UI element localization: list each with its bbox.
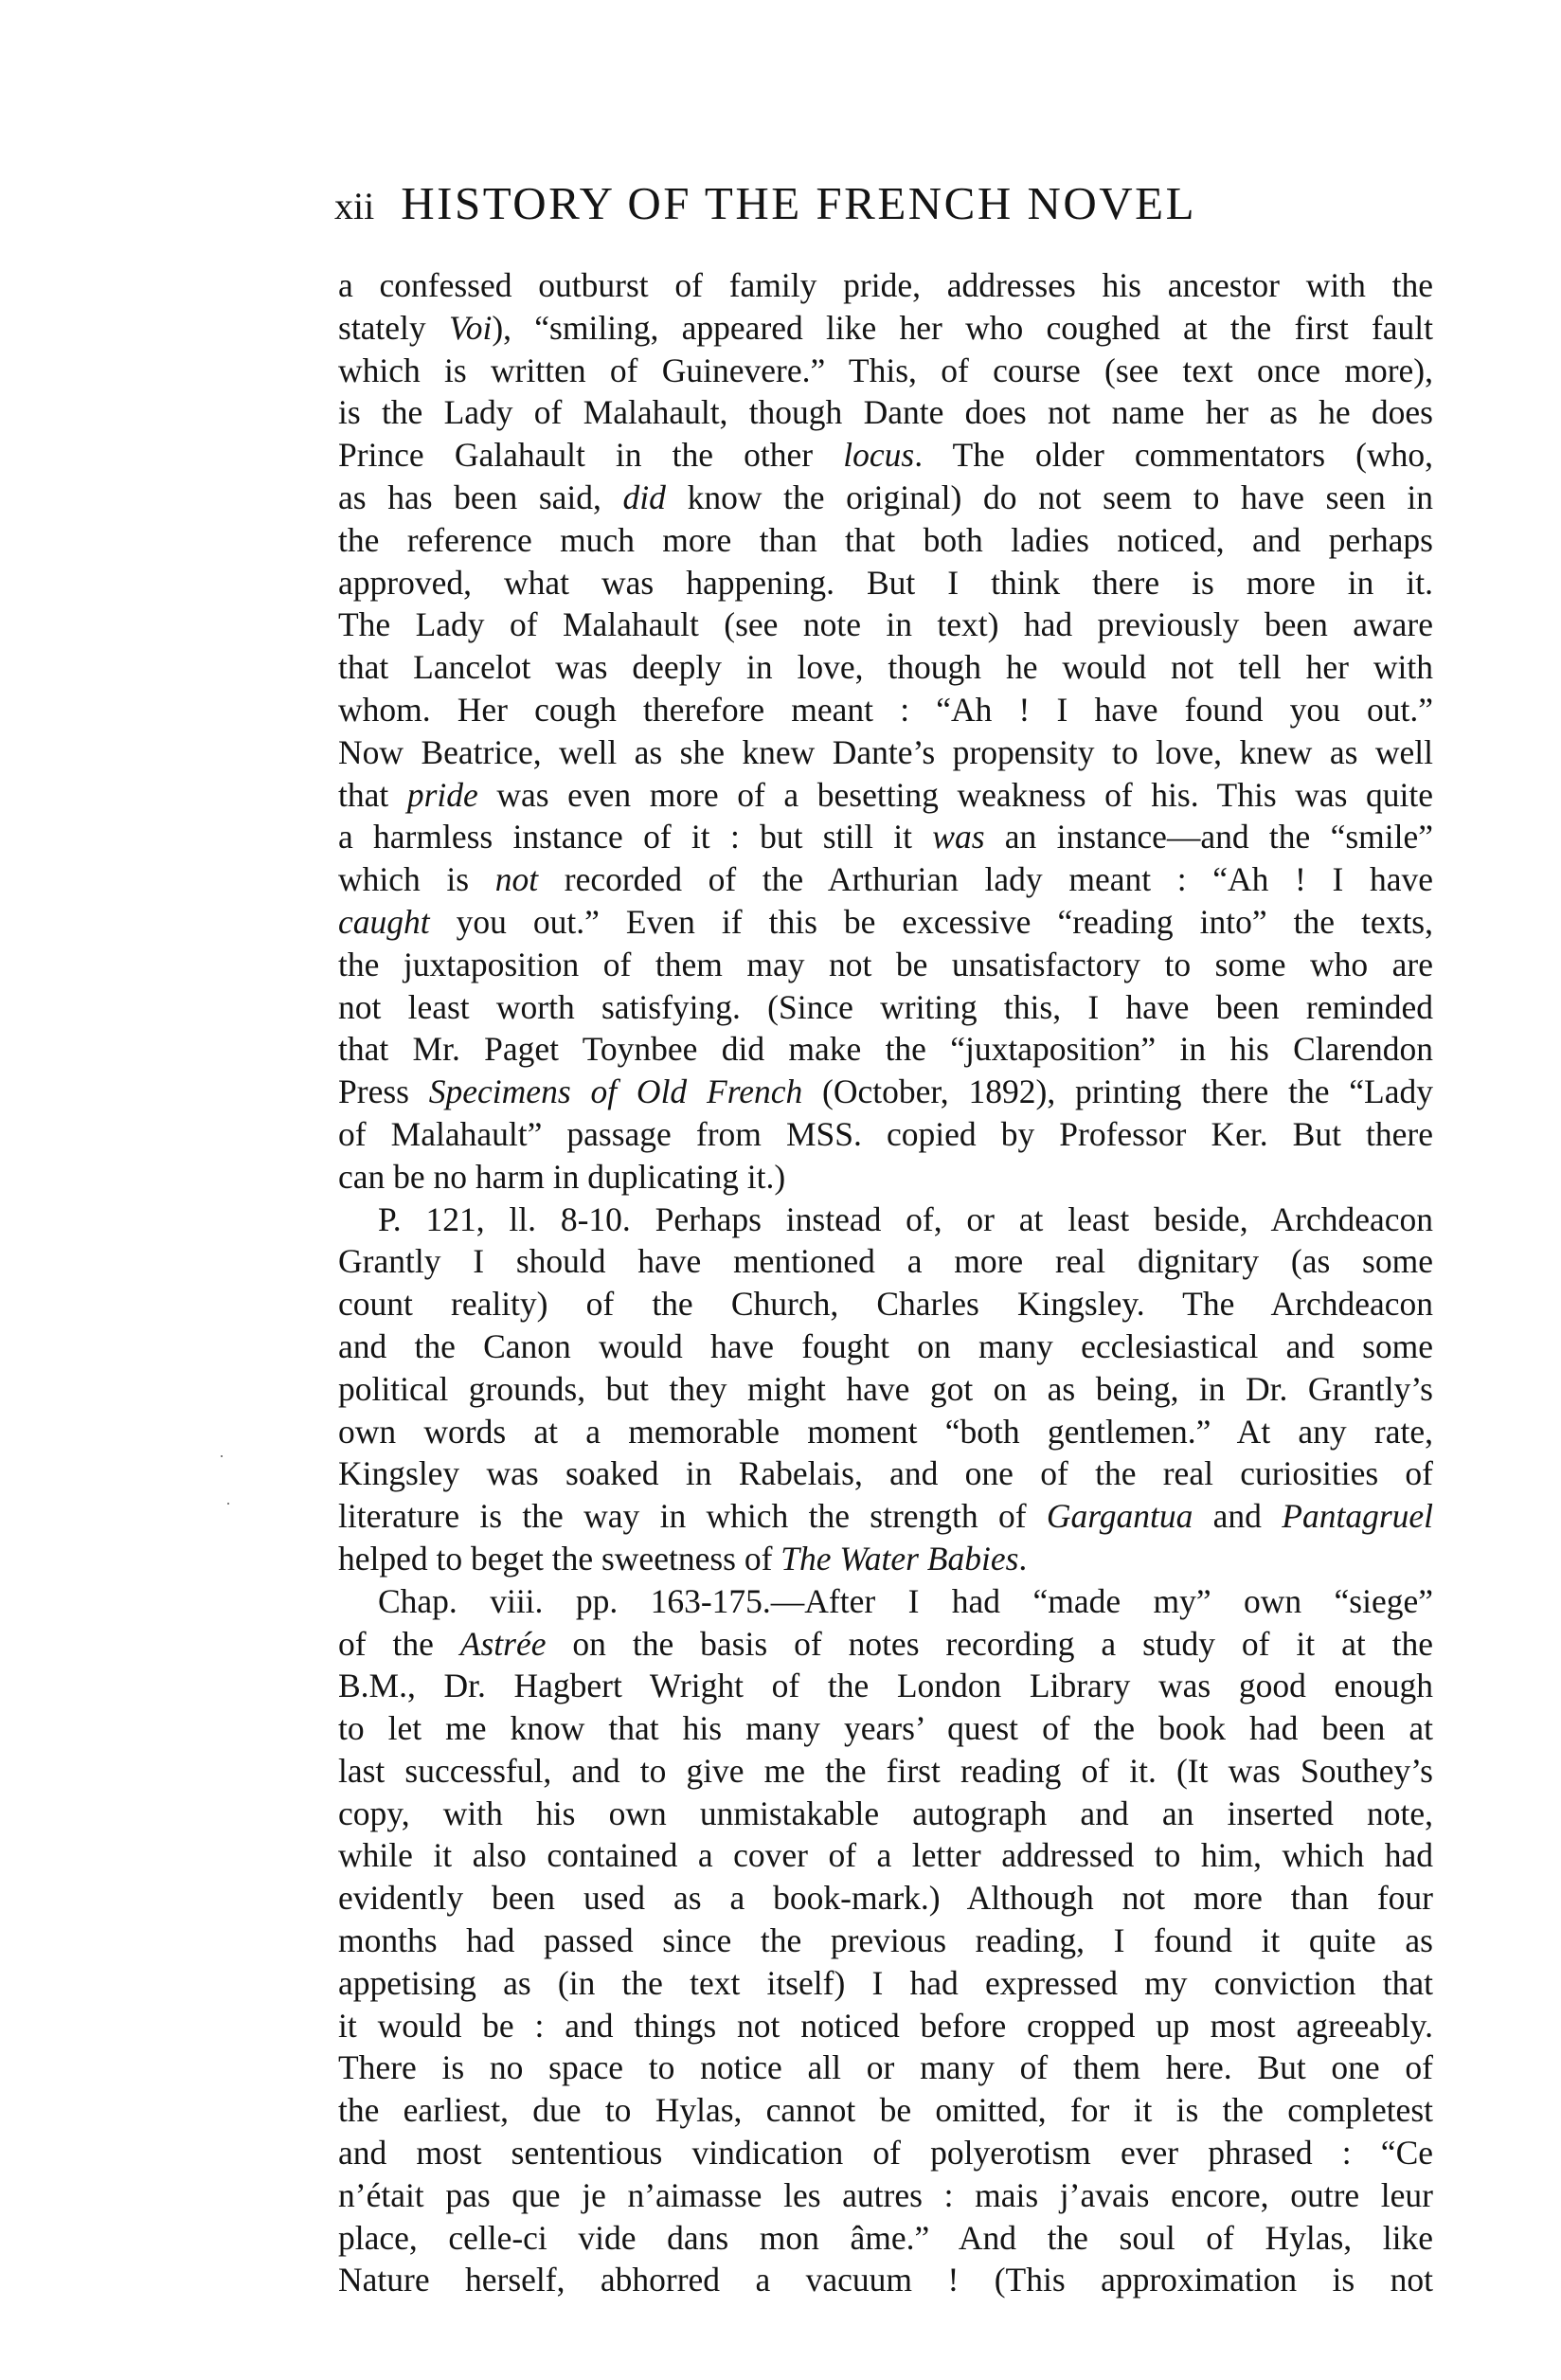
- text-segment: whom. Her cough therefore meant : “Ah ! …: [338, 691, 1433, 729]
- text-segment: recorded of the Arthurian lady meant : “…: [538, 860, 1433, 898]
- italic-text: The Water Babies: [780, 1540, 1018, 1578]
- text-line: months had passed since the previous rea…: [338, 1920, 1433, 1962]
- text-line: Grantly I should have mentioned a more r…: [338, 1240, 1433, 1283]
- italic-text: not: [495, 860, 538, 898]
- text-line: and the Canon would have fought on many …: [338, 1325, 1433, 1368]
- text-segment: is the Lady of Malahault, though Dante d…: [338, 393, 1433, 431]
- text-line: a harmless instance of it : but still it…: [338, 816, 1433, 858]
- text-line: the earliest, due to Hylas, cannot be om…: [338, 2089, 1433, 2132]
- text-segment: and: [1193, 1497, 1282, 1535]
- text-line: of the Astrée on the basis of notes reco…: [338, 1623, 1433, 1666]
- text-segment: evidently been used as a book-mark.) Alt…: [338, 1879, 1433, 1917]
- text-line: n’était pas que je n’aimasse les autres …: [338, 2174, 1433, 2217]
- book-page: xiiHISTORY OF THE FRENCH NOVEL a confess…: [0, 0, 1561, 2380]
- text-segment: and the Canon would have fought on many …: [338, 1327, 1433, 1365]
- text-line: which is written of Guinevere.” This, of…: [338, 350, 1433, 392]
- text-segment: which is: [338, 860, 495, 898]
- italic-text: did: [623, 478, 666, 516]
- text-line: not least worth satisfying. (Since writi…: [338, 986, 1433, 1029]
- text-segment: copy, with his own unmistakable autograp…: [338, 1794, 1433, 1832]
- text-segment: on the basis of notes recording a study …: [547, 1625, 1433, 1663]
- text-segment: a harmless instance of it : but still it: [338, 818, 932, 856]
- text-segment: know the original) do not seem to have s…: [666, 478, 1433, 516]
- text-segment: . The older commentators (who,: [914, 436, 1433, 474]
- text-line: B.M., Dr. Hagbert Wright of the London L…: [338, 1665, 1433, 1707]
- margin-speck: [227, 1503, 229, 1505]
- text-segment: Now Beatrice, well as she knew Dante’s p…: [338, 733, 1433, 771]
- text-line: of Malahault” passage from MSS. copied b…: [338, 1113, 1433, 1156]
- text-segment: Nature herself, abhorred a vacuum ! (Thi…: [338, 2261, 1433, 2299]
- text-segment: political grounds, but they might have g…: [338, 1370, 1433, 1408]
- text-line: appetising as (in the text itself) I had…: [338, 1962, 1433, 2005]
- text-segment: while it also contained a cover of a let…: [338, 1836, 1433, 1874]
- text-segment: Kingsley was soaked in Rabelais, and one…: [338, 1454, 1433, 1492]
- italic-text: Astrée: [460, 1625, 547, 1663]
- text-segment: Press: [338, 1073, 429, 1110]
- text-segment: n’était pas que je n’aimasse les autres …: [338, 2176, 1433, 2214]
- text-line: There is no space to notice all or many …: [338, 2046, 1433, 2089]
- text-segment: Chap. viii. pp. 163-175.—After I had “ma…: [378, 1582, 1433, 1620]
- text-segment: of Malahault” passage from MSS. copied b…: [338, 1115, 1433, 1153]
- text-line: can be no harm in duplicating it.): [338, 1156, 1433, 1199]
- text-line: and most sententious vindication of poly…: [338, 2132, 1433, 2174]
- text-line: that Lancelot was deeply in love, though…: [338, 646, 1433, 689]
- text-line: that Mr. Paget Toynbee did make the “jux…: [338, 1028, 1433, 1071]
- text-line: a confessed outburst of family pride, ad…: [338, 264, 1433, 307]
- text-line: the juxtaposition of them may not be uns…: [338, 944, 1433, 986]
- text-segment: the earliest, due to Hylas, cannot be om…: [338, 2091, 1433, 2129]
- text-line: Chap. viii. pp. 163-175.—After I had “ma…: [338, 1580, 1433, 1623]
- text-segment: count reality) of the Church, Charles Ki…: [338, 1285, 1433, 1323]
- text-line: it would be : and things not noticed bef…: [338, 2005, 1433, 2047]
- text-segment: Grantly I should have mentioned a more r…: [338, 1242, 1433, 1280]
- text-segment: helped to beget the sweetness of: [338, 1540, 780, 1578]
- text-segment: literature is the way in which the stren…: [338, 1497, 1047, 1535]
- text-line: The Lady of Malahault (see note in text)…: [338, 604, 1433, 646]
- text-line: Press Specimens of Old French (October, …: [338, 1071, 1433, 1113]
- text-line: Nature herself, abhorred a vacuum ! (Thi…: [338, 2259, 1433, 2301]
- italic-text: was: [932, 818, 984, 856]
- text-line: literature is the way in which the stren…: [338, 1495, 1433, 1538]
- text-segment: approved, what was happening. But I thin…: [338, 564, 1433, 602]
- text-line: as has been said, did know the original)…: [338, 477, 1433, 519]
- text-segment: last successful, and to give me the firs…: [338, 1752, 1433, 1790]
- text-segment: own words at a memorable moment “both ge…: [338, 1413, 1433, 1451]
- text-line: evidently been used as a book-mark.) Alt…: [338, 1877, 1433, 1920]
- text-line: place, celle-ci vide dans mon âme.” And …: [338, 2217, 1433, 2260]
- italic-text: locus: [843, 436, 914, 474]
- text-segment: B.M., Dr. Hagbert Wright of the London L…: [338, 1667, 1433, 1704]
- text-line: Now Beatrice, well as she knew Dante’s p…: [338, 731, 1433, 774]
- text-segment: place, celle-ci vide dans mon âme.” And …: [338, 2219, 1433, 2257]
- text-segment: that Mr. Paget Toynbee did make the “jux…: [338, 1030, 1433, 1068]
- text-line: helped to beget the sweetness of The Wat…: [338, 1538, 1433, 1580]
- text-segment: Prince Galahault in the other: [338, 436, 843, 474]
- text-segment: months had passed since the previous rea…: [338, 1921, 1433, 1959]
- text-line: that pride was even more of a besetting …: [338, 774, 1433, 817]
- text-segment: the juxtaposition of them may not be uns…: [338, 946, 1433, 983]
- text-line: is the Lady of Malahault, though Dante d…: [338, 391, 1433, 434]
- text-line: caught you out.” Even if this be excessi…: [338, 901, 1433, 944]
- italic-text: Specimens of Old French: [429, 1073, 802, 1110]
- text-segment: a confessed outburst of family pride, ad…: [338, 266, 1433, 304]
- text-segment: which is written of Guinevere.” This, of…: [338, 352, 1433, 389]
- book-title: HISTORY OF THE FRENCH NOVEL: [401, 177, 1196, 229]
- text-segment: P. 121, ll. 8-10. Perhaps instead of, or…: [378, 1200, 1433, 1238]
- text-line: while it also contained a cover of a let…: [338, 1834, 1433, 1877]
- text-segment: stately: [338, 309, 449, 347]
- text-line: Prince Galahault in the other locus. The…: [338, 434, 1433, 477]
- italic-text: pride: [407, 776, 478, 814]
- text-line: approved, what was happening. But I thin…: [338, 562, 1433, 604]
- text-line: count reality) of the Church, Charles Ki…: [338, 1283, 1433, 1325]
- text-line: own words at a memorable moment “both ge…: [338, 1411, 1433, 1453]
- text-segment: that: [338, 776, 407, 814]
- text-segment: The Lady of Malahault (see note in text)…: [338, 605, 1433, 643]
- text-segment: of the: [338, 1625, 460, 1663]
- text-segment: There is no space to notice all or many …: [338, 2048, 1433, 2086]
- margin-speck: [221, 1455, 223, 1457]
- italic-text: Voi: [449, 309, 492, 347]
- text-segment: was even more of a besetting weakness of…: [478, 776, 1433, 814]
- text-segment: you out.” Even if this be excessive “rea…: [430, 903, 1433, 941]
- text-segment: and most sententious vindication of poly…: [338, 2134, 1433, 2172]
- text-segment: that Lancelot was deeply in love, though…: [338, 648, 1433, 686]
- italic-text: Pantagruel: [1282, 1497, 1433, 1535]
- text-line: P. 121, ll. 8-10. Perhaps instead of, or…: [338, 1199, 1433, 1241]
- text-segment: an instance—and the “smile”: [985, 818, 1433, 856]
- text-line: to let me know that his many years’ ques…: [338, 1707, 1433, 1750]
- body-text: a confessed outburst of family pride, ad…: [338, 264, 1433, 2301]
- text-segment: it would be : and things not noticed bef…: [338, 2007, 1433, 2045]
- page-number: xii: [334, 185, 374, 227]
- running-head: xiiHISTORY OF THE FRENCH NOVEL: [334, 180, 1438, 227]
- text-line: stately Voi), “smiling, appeared like he…: [338, 307, 1433, 350]
- text-line: the reference much more than that both l…: [338, 519, 1433, 562]
- text-segment: .: [1018, 1540, 1027, 1578]
- text-segment: not least worth satisfying. (Since writi…: [338, 988, 1433, 1026]
- text-segment: appetising as (in the text itself) I had…: [338, 1964, 1433, 2002]
- text-line: whom. Her cough therefore meant : “Ah ! …: [338, 689, 1433, 731]
- text-segment: ), “smiling, appeared like her who cough…: [492, 309, 1433, 347]
- text-line: political grounds, but they might have g…: [338, 1368, 1433, 1411]
- text-segment: the reference much more than that both l…: [338, 521, 1433, 559]
- text-segment: (October, 1892), printing there the “Lad…: [802, 1073, 1433, 1110]
- text-segment: to let me know that his many years’ ques…: [338, 1709, 1433, 1747]
- italic-text: caught: [338, 903, 430, 941]
- text-line: last successful, and to give me the firs…: [338, 1750, 1433, 1793]
- text-segment: as has been said,: [338, 478, 623, 516]
- text-line: copy, with his own unmistakable autograp…: [338, 1793, 1433, 1835]
- italic-text: Gargantua: [1047, 1497, 1193, 1535]
- text-line: which is not recorded of the Arthurian l…: [338, 858, 1433, 901]
- text-line: Kingsley was soaked in Rabelais, and one…: [338, 1452, 1433, 1495]
- text-segment: can be no harm in duplicating it.): [338, 1158, 785, 1196]
